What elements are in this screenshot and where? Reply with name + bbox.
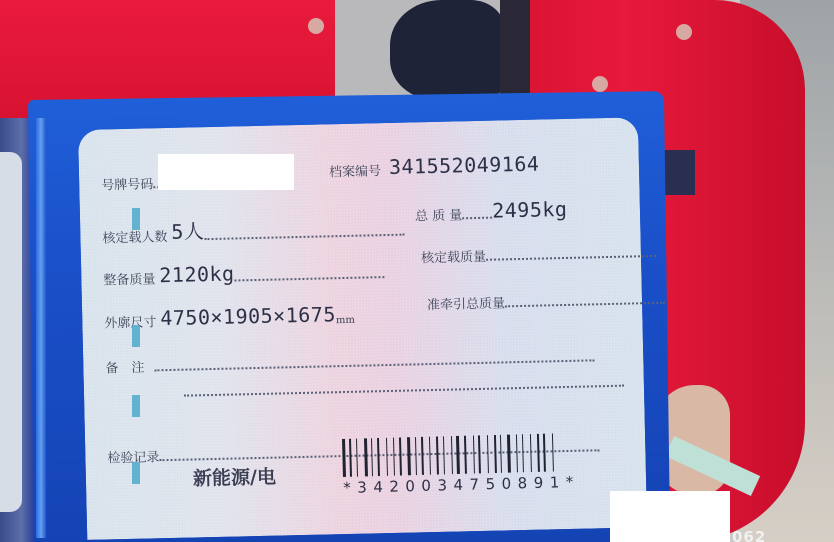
- label-rated-load: 核定载质量: [421, 246, 486, 266]
- index-tab: [132, 395, 140, 417]
- value-curb-weight: 2120kg: [159, 261, 235, 287]
- dotted-line: [154, 357, 594, 371]
- value-seats: 5人: [171, 215, 205, 245]
- fuel-type: 新能源/电: [193, 462, 277, 491]
- jacket-button: [308, 18, 324, 34]
- index-tab: [132, 325, 140, 347]
- index-tab: [132, 208, 140, 230]
- label-file-number: 档案编号: [329, 160, 381, 180]
- label-curb-weight: 整备质量: [103, 268, 155, 288]
- redaction-bottom: [610, 491, 730, 542]
- redaction-plate-number: [158, 154, 294, 190]
- field-curb-weight: 整备质量 2120kg: [103, 258, 385, 288]
- dotted-line: [486, 253, 656, 261]
- field-dimensions: 外廓尺寸 4750×1905×1675 mm: [104, 302, 355, 332]
- field-file-number: 档案编号 341552049164: [329, 152, 540, 181]
- field-remarks: 备 注: [105, 346, 594, 376]
- value-dimensions: 4750×1905×1675: [160, 302, 336, 330]
- photo-scene: 号牌号码 档案编号 341552049164 核定载人数 5人 总 质 量 24…: [0, 0, 834, 542]
- label-towing-mass: 准牵引总质量: [427, 292, 505, 313]
- dotted-line: [205, 232, 405, 241]
- jacket-button: [676, 24, 692, 40]
- dotted-line: [462, 215, 492, 220]
- label-total-mass: 总 质 量: [415, 204, 463, 224]
- value-dimensions-unit: mm: [336, 315, 355, 326]
- label-plate-number: 号牌号码: [101, 173, 153, 193]
- dotted-line: [184, 383, 624, 397]
- shirt-print: [390, 0, 505, 100]
- field-seats: 核定载人数 5人: [102, 211, 405, 247]
- label-dimensions: 外廓尺寸: [104, 311, 156, 331]
- jacket-button: [592, 76, 608, 92]
- field-towing-mass: 准牵引总质量: [427, 289, 665, 313]
- label-remarks: 备 注: [105, 357, 144, 377]
- value-file-number: 341552049164: [389, 152, 540, 179]
- value-total-mass: 2495kg: [492, 197, 568, 223]
- remarks-line-2: [184, 383, 624, 401]
- holder-spine: [36, 118, 46, 538]
- dotted-line: [505, 300, 665, 308]
- holder-left-page: [0, 152, 22, 512]
- dotted-line: [235, 274, 385, 281]
- field-rated-load: 核定载质量: [421, 242, 656, 266]
- barcode-bars: [342, 432, 627, 477]
- index-tab: [132, 462, 140, 484]
- barcode: *3420034750891*: [342, 432, 627, 487]
- field-total-mass: 总 质 量 2495kg: [415, 197, 568, 224]
- bottom-overlay-text: 062: [732, 528, 766, 542]
